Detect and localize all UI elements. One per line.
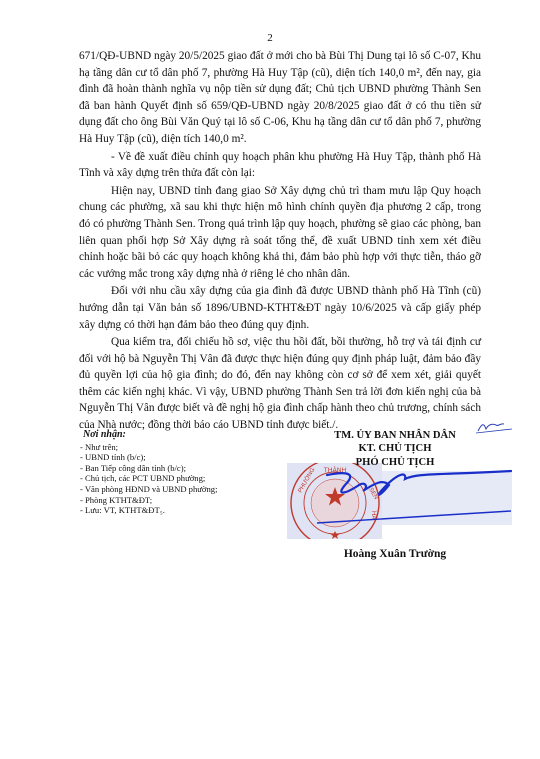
recipient-item: - Văn phòng HĐND và UBND phường;	[80, 484, 217, 495]
recipient-item: - Phòng KTHT&ĐT;	[80, 495, 217, 506]
official-stamp-icon: THÀNH PHƯỜNG SEN HÀ	[287, 463, 512, 539]
recipient-item: - Chủ tịch, các PCT UBND phường;	[80, 473, 217, 484]
paragraph-continuation: 671/QĐ-UBND ngày 20/5/2025 giao đất ở mớ…	[79, 48, 481, 148]
recipient-item: - Lưu: VT, KTHT&ĐT₅.	[80, 505, 217, 516]
signature-line-3: PHÓ CHỦ TỊCH	[300, 456, 490, 469]
recipient-item: - UBND tỉnh (b/c);	[80, 452, 217, 463]
recipient-item: - Như trên;	[80, 442, 217, 453]
paragraph-construction: Đối với nhu cầu xây dựng của gia đình đã…	[79, 283, 481, 333]
paragraph-planning: Hiện nay, UBND tỉnh đang giao Sở Xây dựn…	[79, 183, 481, 283]
svg-text:HÀ: HÀ	[370, 511, 377, 519]
signature-line-1: TM. ỦY BAN NHÂN DÂN	[300, 429, 490, 442]
signature-line-2: KT. CHỦ TỊCH	[300, 442, 490, 455]
recipient-item: - Ban Tiếp công dân tỉnh (b/c);	[80, 463, 217, 474]
signature-block: TM. ỦY BAN NHÂN DÂN KT. CHỦ TỊCH PHÓ CHỦ…	[300, 429, 490, 469]
recipients-title: Nơi nhận:	[83, 430, 217, 441]
stamp-signature-area: THÀNH PHƯỜNG SEN HÀ	[287, 463, 512, 539]
recipients-block: Nơi nhận: - Như trên; - UBND tỉnh (b/c);…	[80, 430, 217, 516]
document-body: 671/QĐ-UBND ngày 20/5/2025 giao đất ở mớ…	[79, 48, 481, 434]
signer-name: Hoàng Xuân Trường	[300, 548, 490, 560]
paragraph-proposal-heading: - Về đề xuất điều chỉnh quy hoạch phân k…	[79, 149, 481, 182]
page-number: 2	[0, 32, 540, 44]
paragraph-conclusion: Qua kiểm tra, đối chiếu hồ sơ, việc thu …	[79, 334, 481, 434]
